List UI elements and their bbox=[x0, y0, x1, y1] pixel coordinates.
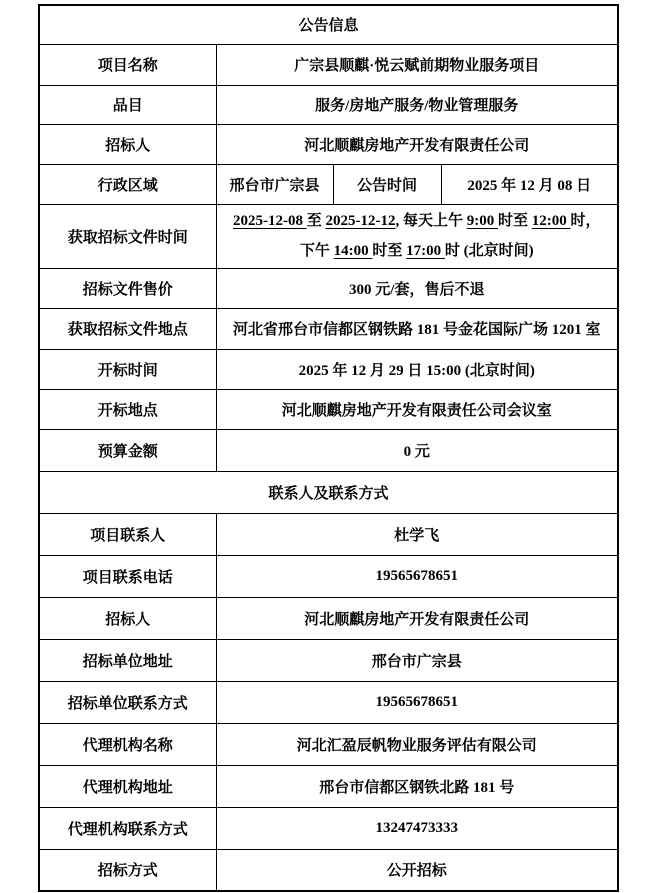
agency-address-value: 邢台市信都区钢铁北路 181 号 bbox=[216, 765, 618, 807]
budget-label: 预算金额 bbox=[39, 429, 216, 471]
announce-time-label: 公告时间 bbox=[333, 164, 441, 204]
table-row: 代理机构名称 河北汇盈辰帆物业服务评估有限公司 bbox=[39, 723, 618, 765]
table-row: 行政区域 邢台市广宗县 公告时间 2025 年 12 月 08 日 bbox=[39, 164, 618, 204]
project-name-label: 项目名称 bbox=[39, 44, 216, 85]
table-row: 招标文件售价 300 元/套，售后不退 bbox=[39, 268, 618, 308]
table-row: 开标地点 河北顺麒房地产开发有限责任公司会议室 bbox=[39, 389, 618, 429]
agency-name-value: 河北汇盈辰帆物业服务评估有限公司 bbox=[216, 723, 618, 765]
time-text-segment: 时， bbox=[571, 213, 601, 229]
contact-tenderer-value: 河北顺麒房地产开发有限责任公司 bbox=[216, 597, 618, 639]
admin-region-label: 行政区域 bbox=[39, 164, 216, 204]
tenderer-label: 招标人 bbox=[39, 124, 216, 164]
announcement-table: 公告信息 项目名称 广宗县顺麒·悦云赋前期物业服务项目 品目 服务/房地产服务/… bbox=[38, 4, 619, 892]
project-name-value: 广宗县顺麒·悦云赋前期物业服务项目 bbox=[216, 44, 618, 85]
table-row: 公告信息 bbox=[39, 5, 618, 44]
time-text-segment: 时至 bbox=[498, 213, 532, 229]
agency-phone-label: 代理机构联系方式 bbox=[39, 807, 216, 849]
agency-name-label: 代理机构名称 bbox=[39, 723, 216, 765]
tenderer-value: 河北顺麒房地产开发有限责任公司 bbox=[216, 124, 618, 164]
tender-unit-address-label: 招标单位地址 bbox=[39, 639, 216, 681]
time-text-segment: 时 (北京时间) bbox=[445, 243, 534, 259]
doc-obtain-place-value: 河北省邢台市信都区钢铁路 181 号金花国际广场 1201 室 bbox=[216, 308, 618, 349]
announce-time-value: 2025 年 12 月 08 日 bbox=[441, 164, 618, 204]
table-row: 招标单位地址 邢台市广宗县 bbox=[39, 639, 618, 681]
table-row: 招标人 河北顺麒房地产开发有限责任公司 bbox=[39, 124, 618, 164]
table-row: 开标时间 2025 年 12 月 29 日 15:00 (北京时间) bbox=[39, 349, 618, 389]
table-row: 联系人及联系方式 bbox=[39, 471, 618, 513]
bid-open-time-label: 开标时间 bbox=[39, 349, 216, 389]
table-row: 招标人 河北顺麒房地产开发有限责任公司 bbox=[39, 597, 618, 639]
time-text-segment: 14:00 bbox=[334, 243, 373, 259]
table-row: 项目联系电话 19565678651 bbox=[39, 555, 618, 597]
table-row: 项目名称 广宗县顺麒·悦云赋前期物业服务项目 bbox=[39, 44, 618, 85]
admin-region-value: 邢台市广宗县 bbox=[216, 164, 333, 204]
budget-value: 0 元 bbox=[216, 429, 618, 471]
project-contact-value: 杜学飞 bbox=[216, 513, 618, 555]
project-phone-label: 项目联系电话 bbox=[39, 555, 216, 597]
doc-obtain-time-line2: 下午 14:00 时至 17:00 时 (北京时间) bbox=[220, 236, 615, 266]
time-text-segment: 时至 bbox=[372, 243, 406, 259]
table-row: 代理机构联系方式 13247473333 bbox=[39, 807, 618, 849]
tender-unit-address-value: 邢台市广宗县 bbox=[216, 639, 618, 681]
agency-address-label: 代理机构地址 bbox=[39, 765, 216, 807]
doc-obtain-place-label: 获取招标文件地点 bbox=[39, 308, 216, 349]
time-text-segment: 至 bbox=[307, 213, 326, 229]
doc-obtain-time-label: 获取招标文件时间 bbox=[39, 204, 216, 268]
project-phone-value: 19565678651 bbox=[216, 555, 618, 597]
section-title-contacts: 联系人及联系方式 bbox=[39, 471, 618, 513]
time-text-segment: 17:00 bbox=[406, 243, 445, 259]
tender-unit-phone-label: 招标单位联系方式 bbox=[39, 681, 216, 723]
bid-open-time-value: 2025 年 12 月 29 日 15:00 (北京时间) bbox=[216, 349, 618, 389]
time-text-segment: , 每天上午 bbox=[395, 213, 466, 229]
table-row: 预算金额 0 元 bbox=[39, 429, 618, 471]
doc-obtain-time-line1: 2025-12-08 至 2025-12-12, 每天上午 9:00 时至 12… bbox=[220, 206, 615, 236]
tender-method-value: 公开招标 bbox=[216, 849, 618, 891]
time-text-segment: 2025-12-12 bbox=[325, 213, 395, 229]
bid-open-place-value: 河北顺麒房地产开发有限责任公司会议室 bbox=[216, 389, 618, 429]
table-row: 获取招标文件时间 2025-12-08 至 2025-12-12, 每天上午 9… bbox=[39, 204, 618, 268]
table-row: 品目 服务/房地产服务/物业管理服务 bbox=[39, 85, 618, 124]
table-row: 项目联系人 杜学飞 bbox=[39, 513, 618, 555]
doc-price-value: 300 元/套，售后不退 bbox=[216, 268, 618, 308]
tender-method-label: 招标方式 bbox=[39, 849, 216, 891]
table-row: 招标单位联系方式 19565678651 bbox=[39, 681, 618, 723]
category-label: 品目 bbox=[39, 85, 216, 124]
doc-obtain-time-value: 2025-12-08 至 2025-12-12, 每天上午 9:00 时至 12… bbox=[216, 204, 618, 268]
time-text-segment: 2025-12-08 bbox=[233, 213, 307, 229]
section-title-announcement: 公告信息 bbox=[39, 5, 618, 44]
table-row: 代理机构地址 邢台市信都区钢铁北路 181 号 bbox=[39, 765, 618, 807]
bid-open-place-label: 开标地点 bbox=[39, 389, 216, 429]
table-row: 招标方式 公开招标 bbox=[39, 849, 618, 891]
time-text-segment: 下午 bbox=[300, 243, 334, 259]
time-text-segment: 9:00 bbox=[467, 213, 498, 229]
project-contact-label: 项目联系人 bbox=[39, 513, 216, 555]
table-row: 获取招标文件地点 河北省邢台市信都区钢铁路 181 号金花国际广场 1201 室 bbox=[39, 308, 618, 349]
contact-tenderer-label: 招标人 bbox=[39, 597, 216, 639]
doc-price-label: 招标文件售价 bbox=[39, 268, 216, 308]
category-value: 服务/房地产服务/物业管理服务 bbox=[216, 85, 618, 124]
agency-phone-value: 13247473333 bbox=[216, 807, 618, 849]
time-text-segment: 12:00 bbox=[532, 213, 571, 229]
announcement-page: 公告信息 项目名称 广宗县顺麒·悦云赋前期物业服务项目 品目 服务/房地产服务/… bbox=[0, 0, 666, 893]
tender-unit-phone-value: 19565678651 bbox=[216, 681, 618, 723]
